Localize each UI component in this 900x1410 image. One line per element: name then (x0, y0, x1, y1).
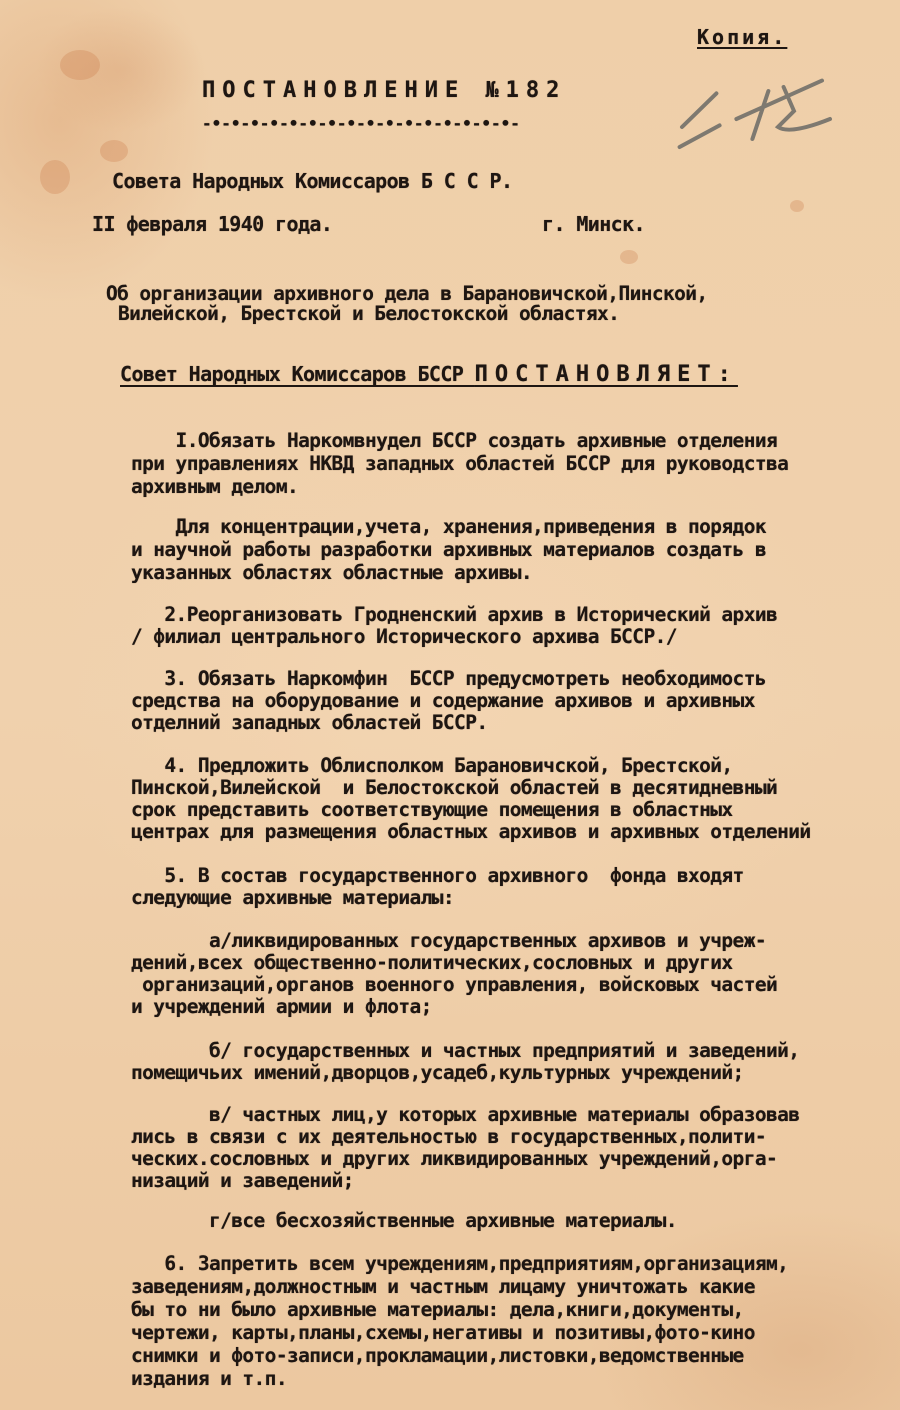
paragraph-2-line: / филиал центрального Исторического архи… (131, 626, 677, 648)
paragraph-1b-line: Для концентрации,учета, хранения,приведе… (131, 516, 766, 538)
paragraph-1-line: при управлениях НКВД западных областей Б… (131, 453, 788, 475)
paragraph-5v-line: в/ частных лиц,у которых архивные матери… (131, 1104, 799, 1126)
paragraph-6-line: снимки и фото-записи,прокламации,листовк… (131, 1345, 744, 1367)
stain (100, 140, 128, 162)
copy-mark: Копия. (697, 26, 787, 48)
paragraph-1-line: I.Обязать Наркомвнудел БССР создать архи… (131, 430, 777, 452)
paragraph-6-line: чертежи, карты,планы,схемы,негативы и по… (131, 1322, 755, 1344)
paragraph-5-line: следующие архивные материалы: (131, 887, 454, 909)
paragraph-5v-line: низаций и заведений; (131, 1170, 354, 1192)
paragraph-5g-line: г/все бесхозяйственные архивные материал… (131, 1210, 677, 1232)
document-date: II февраля 1940 года. (92, 213, 332, 235)
document-place: г. Минск. (542, 213, 645, 235)
paragraph-4-line: срок представить соответствующие помещен… (131, 799, 733, 821)
document-title: ПОСТАНОВЛЕНИЕ №182 (202, 80, 566, 102)
stain (620, 250, 638, 264)
paragraph-6-line: заведениям,должностным и частным лицаму … (131, 1276, 755, 1298)
subject-line-2: Вилейской, Брестской и Белостокской обла… (118, 303, 619, 325)
handwritten-page-number (662, 60, 862, 170)
paragraph-5a-line: организаций,органов военного управления,… (131, 974, 777, 996)
paragraph-5b-line: помещичьих имений,дворцов,усадеб,культур… (131, 1062, 744, 1084)
paragraph-6-line: бы то ни было архивные материалы: дела,к… (131, 1299, 744, 1321)
paragraph-5-line: 5. В состав государственного архивного ф… (131, 865, 744, 887)
paragraph-3-line: 3. Обязать Наркомфин БССР предусмотреть … (131, 668, 766, 690)
paragraph-4-line: 4. Предложить Облисполком Барановичской,… (131, 755, 733, 777)
paragraph-5a-line: а/ликвидированных государственных архиво… (131, 930, 766, 952)
paragraph-6-line: издания и т.п. (131, 1368, 287, 1390)
paragraph-5a-line: дений,всех общественно-политических,сосл… (131, 952, 733, 974)
paragraph-5a-line: и учреждений армии и флота; (131, 996, 432, 1018)
stain (790, 200, 804, 212)
paragraph-5v-line: лись в связи с их деятельностью в госуда… (131, 1126, 766, 1148)
paragraph-3-line: отделний западных областей БССР. (131, 712, 487, 734)
issuer: Совета Народных Комиссаров Б С С Р. (112, 170, 512, 192)
paragraph-4-line: центрах для размещения областных архивов… (131, 821, 811, 843)
title-rule: -•-•-•-•-•-•-•-•-•-•-•-•-•-•-•-•- (202, 113, 520, 135)
paragraph-4-line: Пинской,Вилейской и Белостокской областе… (131, 777, 777, 799)
paragraph-1-line: архивным делом. (131, 476, 298, 498)
document-page: Копия. ПОСТАНОВЛЕНИЕ №182 -•-•-•-•-•-•-•… (0, 0, 900, 1410)
paragraph-5v-line: ческих.сословных и других ликвидированны… (131, 1148, 777, 1170)
paragraph-1b-line: указанных областях областные архивы. (131, 562, 532, 584)
paragraph-1b-line: и научной работы разработки архивных мат… (131, 539, 766, 561)
decree-intro-verb: ПОСТАНОВЛЯЕТ: (475, 362, 738, 387)
paragraph-2-line: 2.Реорганизовать Гродненский архив в Ист… (131, 604, 777, 626)
paragraph-5b-line: б/ государственных и частных предприятий… (131, 1040, 799, 1062)
stain (40, 160, 70, 194)
paragraph-6-line: 6. Запретить всем учреждениям,предприяти… (131, 1253, 788, 1275)
stain (60, 50, 100, 80)
paragraph-3-line: средства на оборудование и содержание ар… (131, 690, 755, 712)
decree-intro-prefix: Совет Народных Комиссаров БССР (120, 362, 475, 386)
decree-intro: Совет Народных Комиссаров БССР ПОСТАНОВЛ… (120, 363, 738, 386)
